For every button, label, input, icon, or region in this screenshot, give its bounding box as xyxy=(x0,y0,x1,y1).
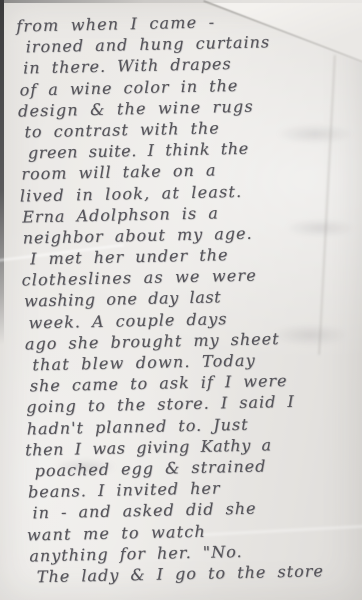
handwritten-text-block: from when I came - ironed and hung curta… xyxy=(18,9,362,588)
scan-edge-left xyxy=(0,0,4,345)
scan-edge-top xyxy=(0,0,362,3)
letter-page-scan: from when I came - ironed and hung curta… xyxy=(0,0,362,600)
